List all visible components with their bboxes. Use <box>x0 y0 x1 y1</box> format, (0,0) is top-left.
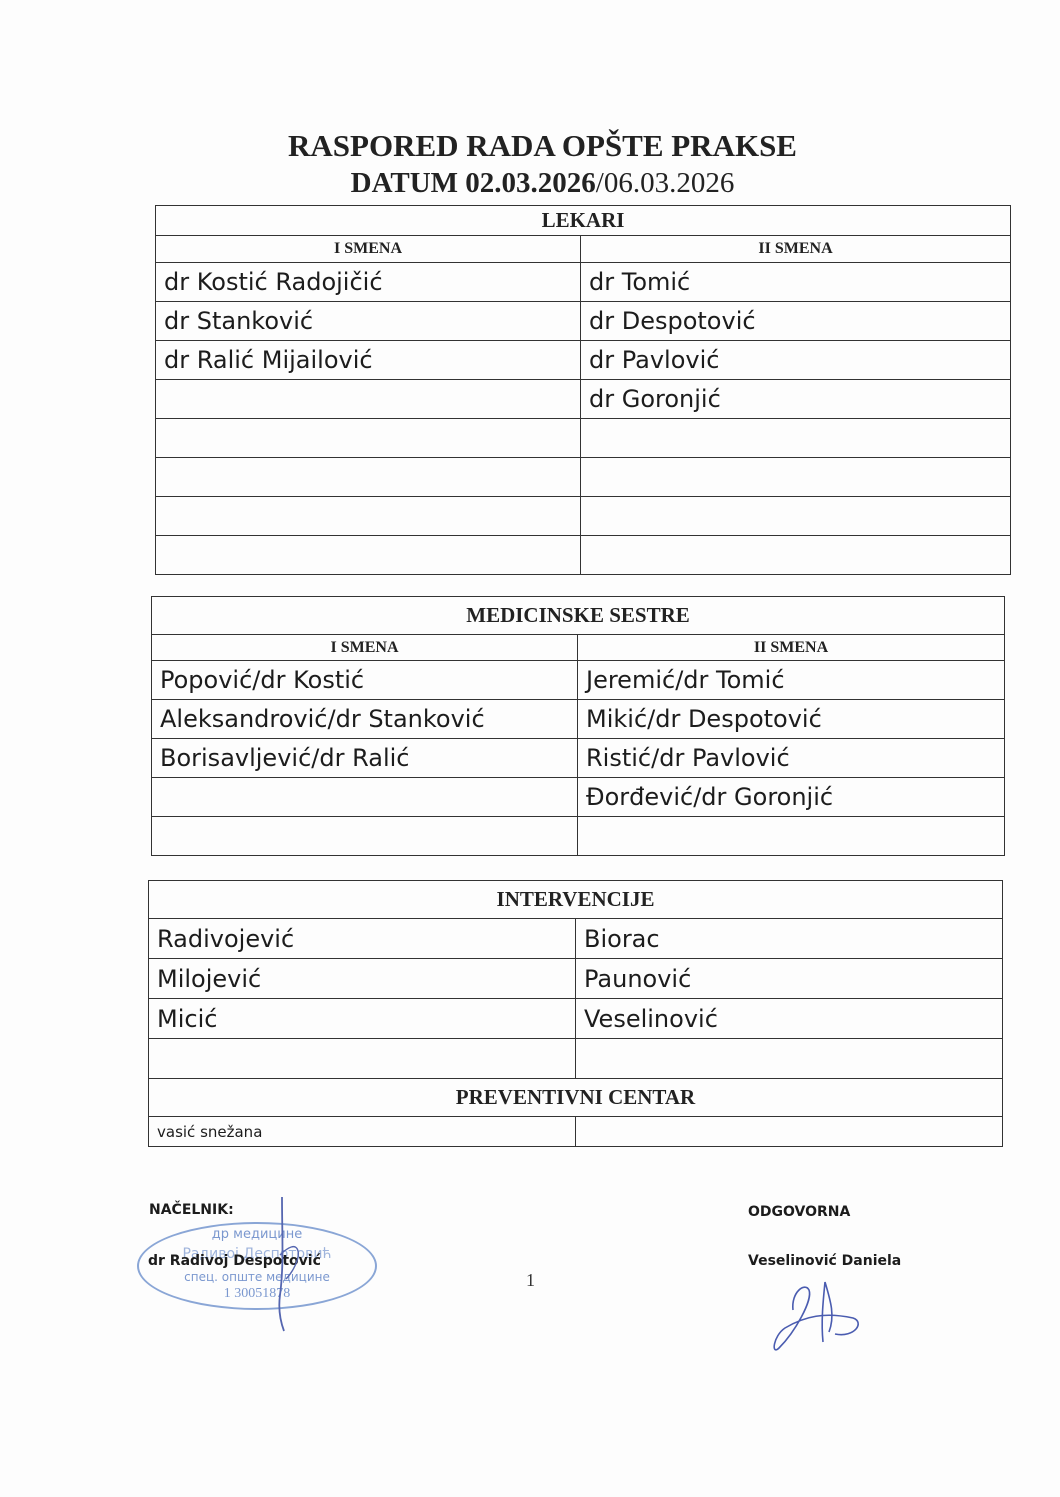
document-title: RASPORED RADA OPŠTE PRAKSE <box>0 128 1060 164</box>
cell-col-1 <box>156 380 581 419</box>
shift-2-header: II SMENA <box>578 635 1005 661</box>
table-row: MicićVeselinović <box>149 999 1003 1039</box>
page-number: 1 <box>526 1270 535 1291</box>
cell-col-1 <box>152 817 578 856</box>
interventions-rows: RadivojevićBioracMilojevićPaunovićMicićV… <box>149 919 1003 1079</box>
cell-col-2 <box>578 817 1005 856</box>
chief-signature-icon <box>262 1195 302 1335</box>
section-heading-preventive-center: PREVENTIVNI CENTAR <box>149 1079 1003 1117</box>
responsible-label: ODGOVORNA <box>748 1204 850 1220</box>
doctors-rows: dr Kostić Radojičićdr Tomićdr Stankovićd… <box>156 263 1011 575</box>
nurses-rows: Popović/dr KostićJeremić/dr TomićAleksan… <box>152 661 1005 856</box>
cell-col-1: Micić <box>149 999 576 1039</box>
cell-col-2 <box>576 1039 1003 1079</box>
cell-col-1 <box>156 536 581 575</box>
preventive-center-rows: vasić snežana <box>149 1117 1003 1147</box>
shift-1-header: I SMENA <box>152 635 578 661</box>
cell-col-2: dr Despotović <box>581 302 1011 341</box>
date-start: DATUM 02.03.2026 <box>351 167 596 199</box>
table-row: dr Stankovićdr Despotović <box>156 302 1011 341</box>
cell-col-2: Jeremić/dr Tomić <box>578 661 1005 700</box>
section-heading-nurses: MEDICINSKE SESTRE <box>152 597 1005 635</box>
table-row: Aleksandrović/dr StankovićMikić/dr Despo… <box>152 700 1005 739</box>
table-row <box>156 419 1011 458</box>
stamp-line-3: спец. опште медицине <box>139 1270 375 1284</box>
shift-2-header: II SMENA <box>581 236 1011 263</box>
cell-col-2: dr Goronjić <box>581 380 1011 419</box>
table-row: dr Goronjić <box>156 380 1011 419</box>
cell-col-2: dr Tomić <box>581 263 1011 302</box>
date-end: /06.03.2026 <box>596 167 735 199</box>
table-row: vasić snežana <box>149 1117 1003 1147</box>
cell-col-2: Ristić/dr Pavlović <box>578 739 1005 778</box>
cell-col-1 <box>156 458 581 497</box>
table-row: dr Ralić Mijailovićdr Pavlović <box>156 341 1011 380</box>
cell-col-2 <box>581 419 1011 458</box>
stamp-line-4: 1 30051878 <box>139 1286 375 1302</box>
table-row <box>149 1039 1003 1079</box>
responsible-signature-icon <box>765 1272 875 1362</box>
cell-col-2: Đorđević/dr Goronjić <box>578 778 1005 817</box>
cell-col-2 <box>581 458 1011 497</box>
cell-col-1: vasić snežana <box>149 1117 576 1147</box>
document-date-range: DATUM 02.03.2026/06.03.2026 <box>0 166 1060 200</box>
cell-col-1: dr Stanković <box>156 302 581 341</box>
chief-label: NAČELNIK: <box>149 1202 234 1218</box>
cell-col-2: Mikić/dr Despotović <box>578 700 1005 739</box>
cell-col-1: dr Kostić Radojičić <box>156 263 581 302</box>
table-row: MilojevićPaunović <box>149 959 1003 999</box>
table-row <box>152 817 1005 856</box>
table-row <box>156 497 1011 536</box>
cell-col-1: Popović/dr Kostić <box>152 661 578 700</box>
cell-col-1: Milojević <box>149 959 576 999</box>
cell-col-2: Biorac <box>576 919 1003 959</box>
table-row: Popović/dr KostićJeremić/dr Tomić <box>152 661 1005 700</box>
cell-col-2 <box>581 497 1011 536</box>
cell-col-2 <box>581 536 1011 575</box>
cell-col-1 <box>149 1039 576 1079</box>
responsible-name: Veselinović Daniela <box>748 1253 901 1269</box>
shift-1-header: I SMENA <box>156 236 581 263</box>
cell-col-2 <box>576 1117 1003 1147</box>
nurses-table: MEDICINSKE SESTRE I SMENA II SMENA Popov… <box>151 596 1005 856</box>
table-row <box>156 458 1011 497</box>
table-row: RadivojevićBiorac <box>149 919 1003 959</box>
interventions-table: INTERVENCIJE RadivojevićBioracMilojevićP… <box>148 880 1003 1147</box>
cell-col-1: Aleksandrović/dr Stanković <box>152 700 578 739</box>
cell-col-2: dr Pavlović <box>581 341 1011 380</box>
cell-col-2: Veselinović <box>576 999 1003 1039</box>
section-heading-interventions: INTERVENCIJE <box>149 881 1003 919</box>
doctors-table: LEKARI I SMENA II SMENA dr Kostić Radoji… <box>155 205 1011 575</box>
table-row <box>156 536 1011 575</box>
cell-col-1 <box>156 419 581 458</box>
cell-col-1 <box>152 778 578 817</box>
table-row: Borisavljević/dr RalićRistić/dr Pavlović <box>152 739 1005 778</box>
cell-col-1: Radivojević <box>149 919 576 959</box>
cell-col-2: Paunović <box>576 959 1003 999</box>
table-row: dr Kostić Radojičićdr Tomić <box>156 263 1011 302</box>
table-row: Đorđević/dr Goronjić <box>152 778 1005 817</box>
cell-col-1 <box>156 497 581 536</box>
cell-col-1: Borisavljević/dr Ralić <box>152 739 578 778</box>
cell-col-1: dr Ralić Mijailović <box>156 341 581 380</box>
stamp-line-1: др медицине <box>139 1227 375 1242</box>
section-heading-doctors: LEKARI <box>156 206 1011 236</box>
